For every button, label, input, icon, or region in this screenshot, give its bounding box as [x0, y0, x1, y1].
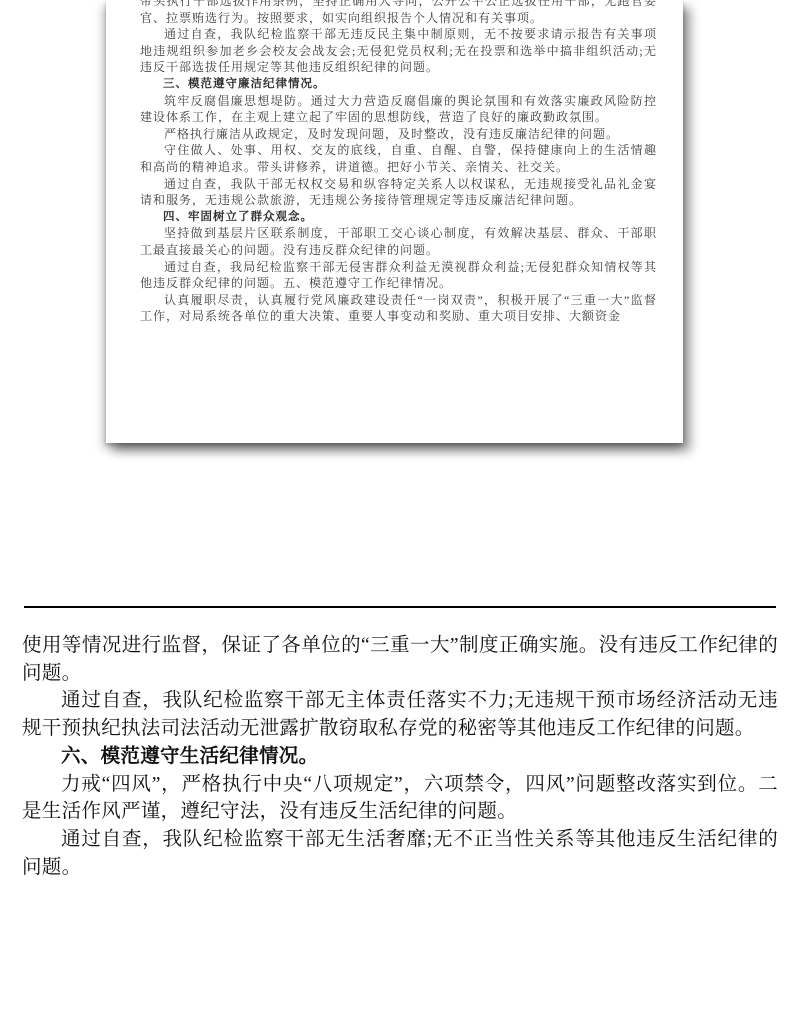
article-paragraph: 力戒“四风”，严格执行中央“八项规定”，六项禁令，四风”问题整改落实到位。二是生…: [22, 771, 778, 826]
preview-paragraph: 带头执行干部选拔作用条例，坚持正确用人导向，公开公平公正选拔任用干部，无跑官要官…: [140, 0, 657, 26]
preview-paragraph: 认真履职尽责，认真履行党风廉政建设责任“一岗双责”，积极开展了“三重一大”监督工…: [140, 292, 657, 325]
preview-paragraph: 筑牢反腐倡廉思想堤防。通过大力营造反腐倡廉的舆论氛围和有效落实廉政风险防控建设体…: [140, 93, 657, 126]
page-root: 带头执行干部选拔作用条例，坚持正确用人导向，公开公平公正选拔任用干部，无跑官要官…: [0, 0, 800, 1035]
preview-heading-4: 四、牢固树立了群众观念。: [140, 209, 657, 226]
preview-heading-3: 三、模范遵守廉洁纪律情况。: [140, 76, 657, 93]
preview-paragraph: 通过自查，我队纪检监察干部无违反民主集中制原则，无不按要求请示报告有关事项地违规…: [140, 26, 657, 76]
preview-paragraph: 通过自查，我队干部无权权交易和纵容特定关系人以权谋私，无违规接受礼品礼金宴请和服…: [140, 176, 657, 209]
document-page-preview: 带头执行干部选拔作用条例，坚持正确用人导向，公开公平公正选拔任用干部，无跑官要官…: [106, 0, 683, 443]
section-divider: [24, 606, 776, 608]
preview-paragraph: 严格执行廉洁从政规定，及时发现问题，及时整改，没有违反廉洁纪律的问题。: [140, 126, 657, 143]
preview-paragraph: 守住做人、处事、用权、交友的底线，自重、自醒、自警，保持健康向上的生活情趣和高尚…: [140, 142, 657, 175]
article-heading-6: 六、模范遵守生活纪律情况。: [22, 743, 778, 771]
article-paragraph: 通过自查，我队纪检监察干部无生活奢靡;无不正当性关系等其他违反生活纪律的问题。: [22, 826, 778, 881]
preview-text-block: 带头执行干部选拔作用条例，坚持正确用人导向，公开公平公正选拔任用干部，无跑官要官…: [106, 0, 683, 325]
article-text-block: 使用等情况进行监督，保证了各单位的“三重一大”制度正确实施。没有违反工作纪律的问…: [22, 632, 778, 881]
preview-paragraph: 通过自查，我局纪检监察干部无侵害群众利益无漠视群众利益;无侵犯群众知情权等其他违…: [140, 259, 657, 292]
preview-paragraph: 坚持做到基层片区联系制度，干部职工交心谈心制度，有效解决基层、群众、干部职工最直…: [140, 225, 657, 258]
article-paragraph: 通过自查，我队纪检监察干部无主体责任落实不力;无违规干预市场经济活动无违规干预执…: [22, 687, 778, 742]
article-paragraph: 使用等情况进行监督，保证了各单位的“三重一大”制度正确实施。没有违反工作纪律的问…: [22, 632, 778, 687]
